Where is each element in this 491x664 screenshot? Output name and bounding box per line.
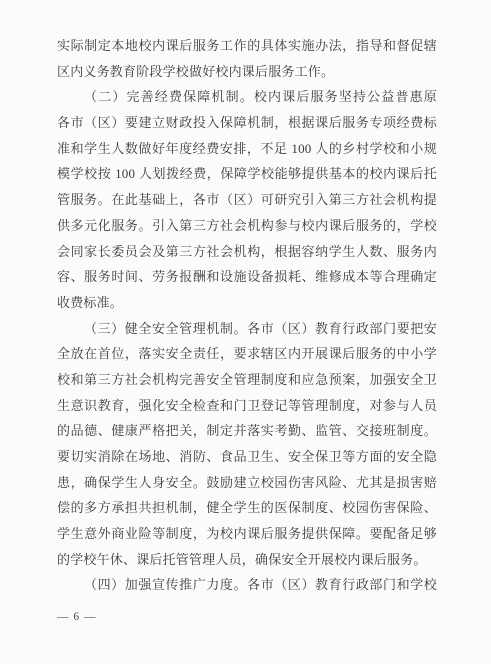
text-line: 各市（区）要建立财政投入保障机制，根据课后服务专项经费标: [57, 110, 437, 136]
body-text: 实际制定本地校内课后服务工作的具体实施办法，指导和督促辖区内义务教育阶段学校做好…: [57, 33, 437, 598]
text-line: 准和学生人数做好年度经费安排，不足 100 人的乡村学校和小规: [57, 136, 437, 162]
text-line: 要切实消除在场地、消防、食品卫生、安全保卫等方面的安全隐: [57, 444, 437, 470]
text-line: 全放在首位，落实安全责任，要求辖区内开展课后服务的中小学: [57, 341, 437, 367]
text-line: 会同家长委员会及第三方社会机构，根据容纳学生人数、服务内: [57, 239, 437, 265]
text-line: 供多元化服务。引入第三方社会机构参与校内课后服务的，学校: [57, 213, 437, 239]
text-line: 区内义务教育阶段学校做好校内课后服务工作。: [57, 59, 437, 85]
text-line: 容、服务时间、劳务报酬和设施设备损耗、维修成本等合理确定: [57, 264, 437, 290]
document-page: 实际制定本地校内课后服务工作的具体实施办法，指导和督促辖区内义务教育阶段学校做好…: [0, 0, 491, 664]
text-line: 模学校按 100 人划拨经费，保障学校能够提供基本的校内课后托: [57, 161, 437, 187]
text-line: 的品德、健康严格把关，制定并落实考勤、监管、交接班制度。: [57, 418, 437, 444]
text-line: （二）完善经费保障机制。校内课后服务坚持公益普惠原则，: [57, 84, 437, 110]
text-line: 收费标准。: [57, 290, 437, 316]
text-line: （四）加强宣传推广力度。各市（区）教育行政部门和学校: [57, 572, 437, 598]
page-number: — 6 —: [57, 611, 97, 623]
text-line: 患，确保学生人身安全。鼓励建立校园伤害风险、尤其是损害赔: [57, 470, 437, 496]
text-line: 学生意外商业险等制度，为校内课后服务提供保障。要配备足够: [57, 521, 437, 547]
text-line: 的学校午休、课后托管管理人员，确保安全开展校内课后服务。: [57, 547, 437, 573]
text-line: 偿的多方承担共担机制，健全学生的医保制度、校园伤害保险、: [57, 495, 437, 521]
text-line: 生意识教育，强化安全检查和门卫登记等管理制度，对参与人员: [57, 393, 437, 419]
text-line: 实际制定本地校内课后服务工作的具体实施办法，指导和督促辖: [57, 33, 437, 59]
text-line: （三）健全安全管理机制。各市（区）教育行政部门要把安: [57, 316, 437, 342]
text-line: 管服务。在此基础上，各市（区）可研究引入第三方社会机构提: [57, 187, 437, 213]
text-line: 校和第三方社会机构完善安全管理制度和应急预案，加强安全卫: [57, 367, 437, 393]
